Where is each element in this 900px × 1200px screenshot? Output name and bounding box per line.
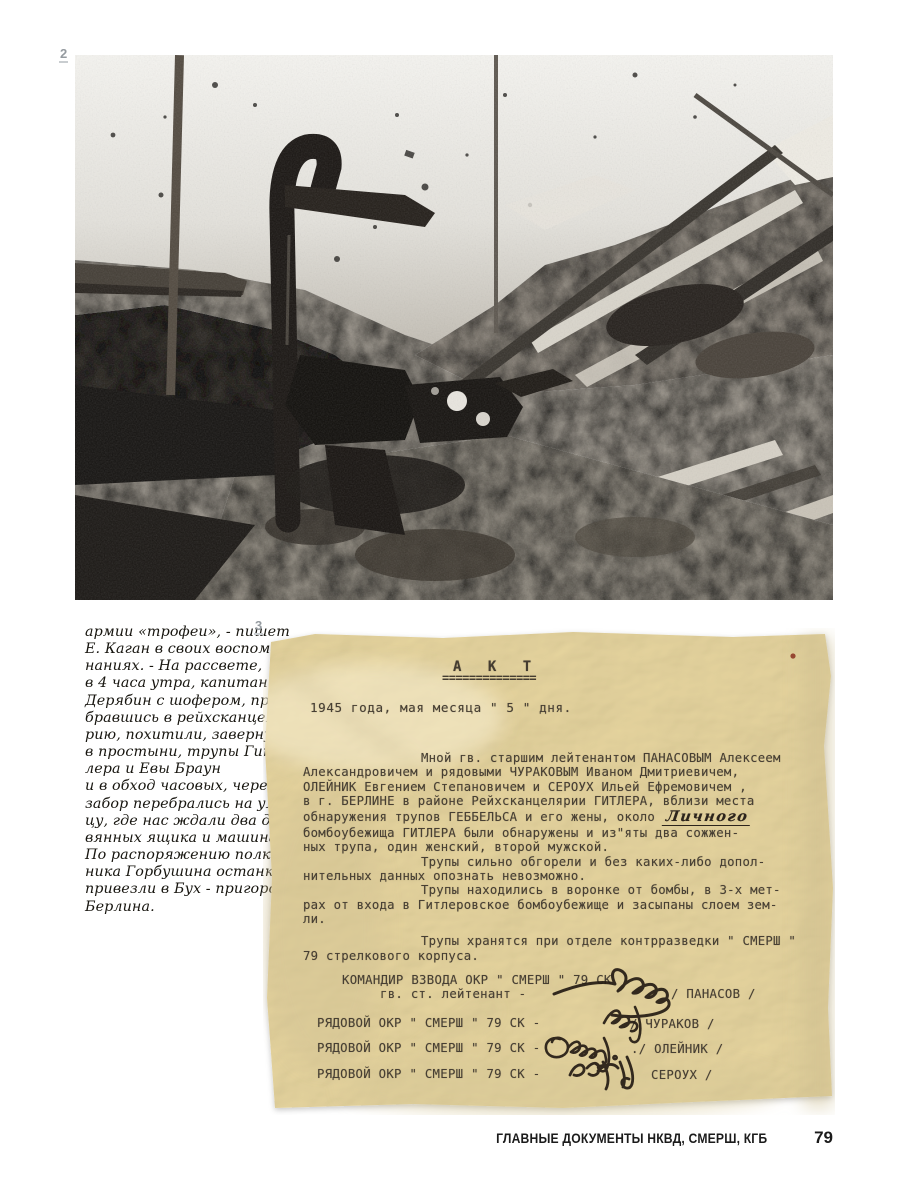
churakov-signature: [604, 1007, 640, 1042]
sidebar-quote: армии «трофеи», - пишет Е. Каган в своих…: [85, 624, 263, 916]
figure-label-photo: 2: [59, 47, 68, 63]
seroukh-signature: [570, 1057, 633, 1089]
figure-label-document: 3: [254, 619, 263, 635]
footer-title: ГЛАВНЫЕ ДОКУМЕНТЫ НКВД, СМЕРШ, КГБ: [496, 1131, 767, 1146]
wreckage-photo: [75, 55, 833, 600]
document-scan: А К Т ============== 1945 года, мая меся…: [263, 628, 835, 1115]
panasov-signature: [554, 970, 669, 1017]
page-number: 79: [814, 1128, 833, 1148]
page-footer: ГЛАВНЫЕ ДОКУМЕНТЫ НКВД, СМЕРШ, КГБ 79: [466, 1128, 833, 1148]
book-page: 2: [0, 0, 900, 1200]
handwritten-signatures: [263, 628, 835, 1115]
